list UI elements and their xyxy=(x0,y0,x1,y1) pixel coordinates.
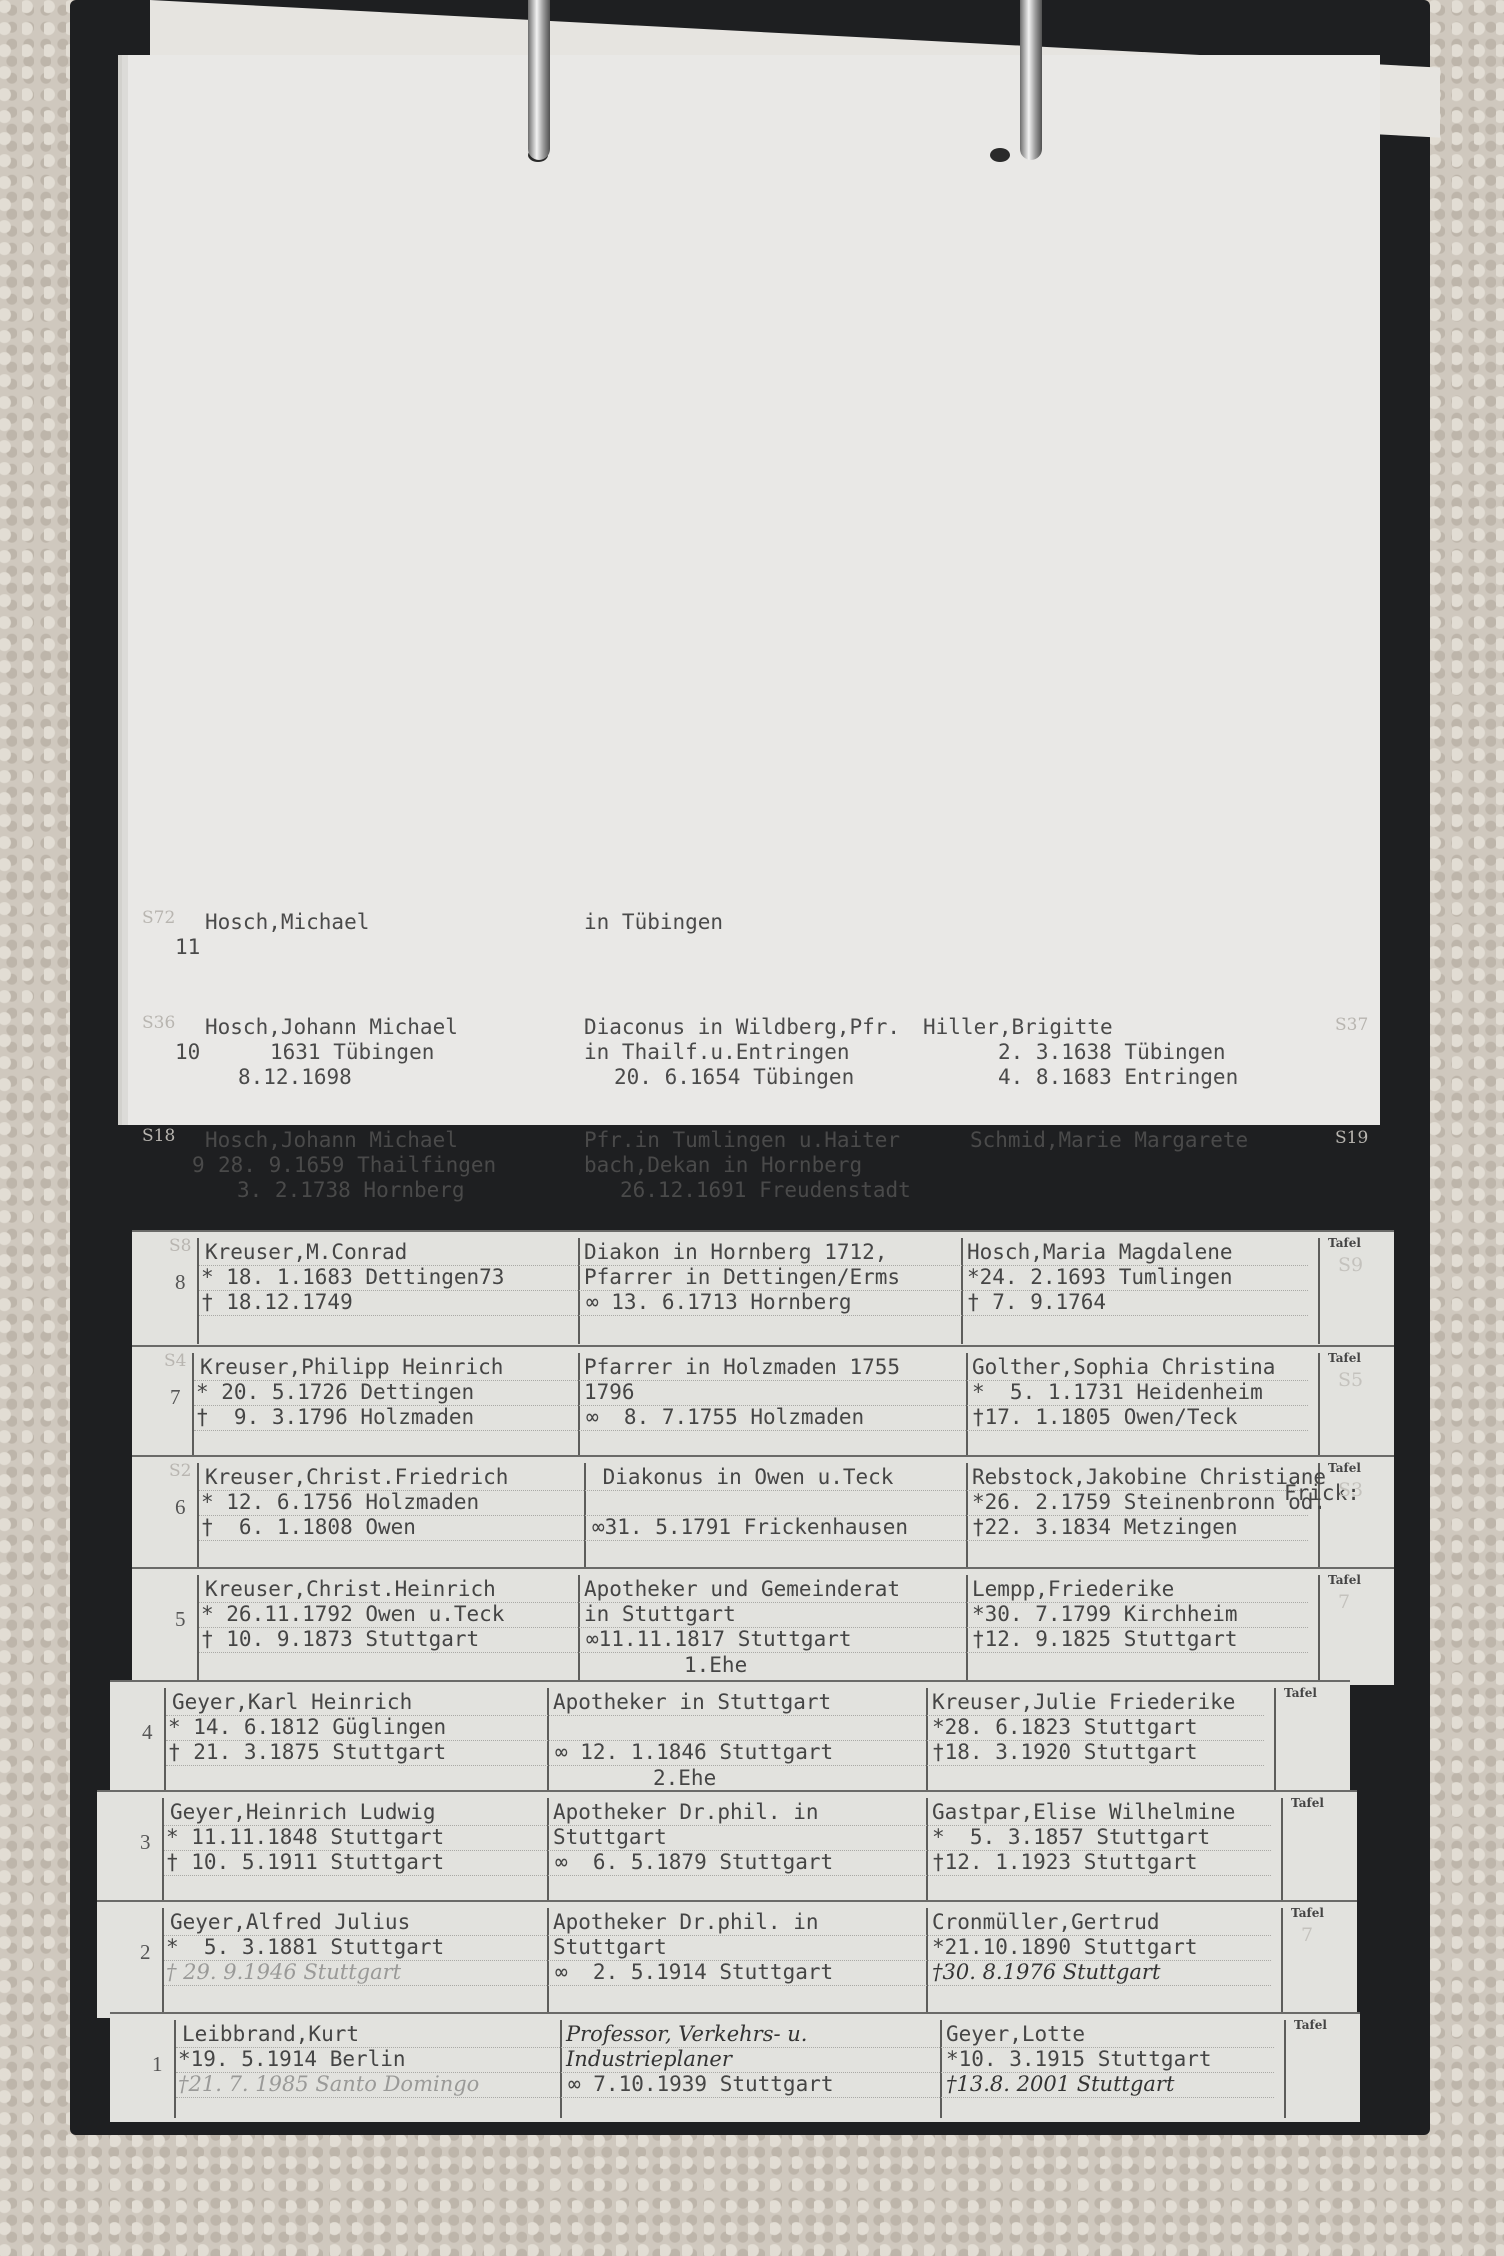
spouse-name: Schmid,Marie Margarete xyxy=(970,1128,1248,1153)
ancestor-card: 8S8Kreuser,M.Conrad* 18. 1.1683 Dettinge… xyxy=(132,1230,1394,1348)
spouse-name: Golther,Sophia Christina xyxy=(972,1355,1275,1380)
occupation-line: Apotheker in Stuttgart xyxy=(553,1690,831,1715)
tafel-label: Tafel xyxy=(1284,1686,1317,1700)
right-margin-ref: S37 xyxy=(1335,1015,1368,1035)
ancestor-name: Kreuser,Christ.Heinrich xyxy=(205,1577,496,1602)
column-divider xyxy=(1274,1688,1276,1794)
spouse-death: †30. 8.1976 Stuttgart xyxy=(932,1960,1160,1985)
marriage-date: 26.12.1691 Freudenstadt xyxy=(620,1178,911,1203)
tafel-label: Tafel xyxy=(1328,1461,1361,1475)
column-divider xyxy=(1284,2020,1286,2118)
occupation-line: Apotheker Dr.phil. in xyxy=(553,1910,819,1935)
column-divider xyxy=(162,1908,164,2014)
ancestor-name: Leibbrand,Kurt xyxy=(182,2022,359,2047)
ruled-line xyxy=(199,1540,1308,1541)
spouse-death: †12. 9.1825 Stuttgart xyxy=(972,1627,1238,1652)
death-date: † 29. 9.1946 Stuttgart xyxy=(166,1960,401,1985)
ancestor-name: Kreuser,M.Conrad xyxy=(205,1240,407,1265)
ancestor-name: Hosch,Johann Michael xyxy=(205,1015,458,1040)
spouse-death: †17. 1.1805 Owen/Teck xyxy=(972,1405,1238,1430)
binder-ring-left xyxy=(528,0,550,160)
column-divider xyxy=(547,1908,549,2014)
spouse-birth: *26. 2.1759 Steinenbronn od. xyxy=(972,1490,1326,1515)
death-date: 3. 2.1738 Hornberg xyxy=(237,1178,465,1203)
spouse-death: †13.8. 2001 Stuttgart xyxy=(946,2072,1174,2097)
generation-number: 3 xyxy=(140,1830,151,1855)
spouse-death: †22. 3.1834 Metzingen xyxy=(972,1515,1238,1540)
ancestor-name: Hosch,Johann Michael xyxy=(205,1128,458,1153)
ancestor-name: Geyer,Alfred Julius xyxy=(170,1910,410,1935)
tafel-ref: S5 xyxy=(1338,1369,1363,1391)
spouse-name: Geyer,Lotte xyxy=(946,2022,1085,2047)
spouse-birth: * 5. 3.1857 Stuttgart xyxy=(932,1825,1210,1850)
marriage-date: ∞31. 5.1791 Frickenhausen xyxy=(592,1515,908,1540)
ancestor-card: 2Geyer,Alfred Julius* 5. 3.1881 Stuttgar… xyxy=(97,1900,1357,2018)
column-divider xyxy=(547,1798,549,1904)
spouse-birth: 2. 3.1638 Tübingen xyxy=(998,1040,1226,1065)
spouse-name: Hiller,Brigitte xyxy=(923,1015,1113,1040)
marriage-note: 2.Ehe xyxy=(653,1766,716,1791)
ancestor-name: Hosch,Michael xyxy=(205,910,369,935)
tafel-ref: S3 xyxy=(1338,1479,1363,1501)
spouse-name: Hosch,Maria Magdalene xyxy=(967,1240,1233,1265)
occupation-line: Diaconus in Wildberg,Pfr. xyxy=(584,1015,900,1040)
ancestor-card: 6S2Kreuser,Christ.Friedrich* 12. 6.1756 … xyxy=(132,1455,1394,1573)
tafel-label: Tafel xyxy=(1328,1573,1361,1587)
ruled-line xyxy=(176,2097,1274,2098)
ancestor-card: 3Geyer,Heinrich Ludwig* 11.11.1848 Stutt… xyxy=(97,1790,1357,1908)
column-divider xyxy=(547,1688,549,1794)
birth-date: * 14. 6.1812 Güglingen xyxy=(168,1715,446,1740)
tafel-label: Tafel xyxy=(1294,2018,1327,2032)
birth-date: * 11.11.1848 Stuttgart xyxy=(166,1825,444,1850)
ancestor-card: 7S4Kreuser,Philipp Heinrich* 20. 5.1726 … xyxy=(132,1345,1394,1463)
tafel-label: Tafel xyxy=(1328,1351,1361,1365)
tafel-label: Tafel xyxy=(1291,1796,1324,1810)
spouse-birth: *28. 6.1823 Stuttgart xyxy=(932,1715,1198,1740)
marriage-date: ∞ 2. 5.1914 Stuttgart xyxy=(555,1960,833,1985)
birth-date: 1631 Tübingen xyxy=(270,1040,434,1065)
marriage-date: ∞ 7.10.1939 Stuttgart xyxy=(568,2072,834,2097)
ancestor-name: Geyer,Heinrich Ludwig xyxy=(170,1800,436,1825)
birth-date: * 20. 5.1726 Dettingen xyxy=(196,1380,474,1405)
spouse-name: Lempp,Friederike xyxy=(972,1577,1174,1602)
ruled-line xyxy=(194,1430,1308,1431)
birth-date: * 26.11.1792 Owen u.Teck xyxy=(201,1602,504,1627)
margin-ref: S4 xyxy=(164,1351,186,1371)
ancestor-card: 5Kreuser,Christ.Heinrich* 26.11.1792 Owe… xyxy=(132,1567,1394,1685)
column-divider xyxy=(578,1238,580,1344)
margin-ref: S36 xyxy=(142,1013,175,1033)
generation-number: 11 xyxy=(175,935,200,960)
death-date: † 6. 1.1808 Owen xyxy=(201,1515,416,1540)
column-divider xyxy=(174,2020,176,2118)
column-divider xyxy=(197,1463,199,1569)
spouse-death: †12. 1.1923 Stuttgart xyxy=(932,1850,1198,1875)
death-date: 8.12.1698 xyxy=(238,1065,352,1090)
ancestor-card: 4Geyer,Karl Heinrich* 14. 6.1812 Gügling… xyxy=(110,1680,1350,1798)
generation-number: 2 xyxy=(140,1940,151,1965)
spouse-birth: * 5. 1.1731 Heidenheim xyxy=(972,1380,1263,1405)
birth-date: * 18. 1.1683 Dettingen73 xyxy=(201,1265,504,1290)
column-divider xyxy=(1318,1575,1320,1681)
ruled-line xyxy=(164,1875,1271,1876)
column-divider xyxy=(1318,1238,1320,1344)
generation-number: 9 xyxy=(192,1153,205,1178)
margin-ref: S2 xyxy=(169,1461,191,1481)
occupation-line: Apotheker und Gemeinderat xyxy=(584,1577,900,1602)
occupation-line: Pfarrer in Holzmaden 1755 xyxy=(584,1355,900,1380)
column-divider xyxy=(197,1575,199,1681)
occupation-line: bach,Dekan in Hornberg xyxy=(584,1153,862,1178)
death-date: †21. 7. 1985 Santo Domingo xyxy=(178,2072,479,2097)
generation-number: 6 xyxy=(175,1495,186,1520)
column-divider xyxy=(1318,1353,1320,1459)
spouse-name: Rebstock,Jakobine Christiane xyxy=(972,1465,1326,1490)
ruled-line xyxy=(199,1652,1308,1653)
marriage-date: 20. 6.1654 Tübingen xyxy=(614,1065,854,1090)
marriage-date: ∞ 8. 7.1755 Holzmaden xyxy=(586,1405,864,1430)
birth-date: *19. 5.1914 Berlin xyxy=(178,2047,406,2072)
generation-number: 4 xyxy=(142,1720,153,1745)
occupation-line: Professor, Verkehrs- u. xyxy=(566,2022,807,2047)
column-divider xyxy=(966,1353,968,1459)
occupation-line: Diakon in Hornberg 1712, xyxy=(584,1240,887,1265)
binder-ring-right xyxy=(1020,0,1042,160)
column-divider xyxy=(1281,1908,1283,2014)
column-divider xyxy=(926,1908,928,2014)
generation-number: 10 xyxy=(175,1040,200,1065)
occupation-line: in Stuttgart xyxy=(584,1602,736,1627)
tafel-ref: 7 xyxy=(1301,1924,1313,1946)
spouse-name: Gastpar,Elise Wilhelmine xyxy=(932,1800,1235,1825)
death-date: † 18.12.1749 xyxy=(201,1290,353,1315)
marriage-date: ∞11.11.1817 Stuttgart xyxy=(586,1627,852,1652)
spouse-birth: *24. 2.1693 Tumlingen xyxy=(967,1265,1233,1290)
occupation-line: Stuttgart xyxy=(553,1825,667,1850)
ancestor-name: Kreuser,Philipp Heinrich xyxy=(200,1355,503,1380)
spouse-name: Kreuser,Julie Friederike xyxy=(932,1690,1235,1715)
ruled-line xyxy=(164,1985,1271,1986)
column-divider xyxy=(940,2020,942,2118)
ancestor-name: Geyer,Karl Heinrich xyxy=(172,1690,412,1715)
spouse-death: †18. 3.1920 Stuttgart xyxy=(932,1740,1198,1765)
occupation-line: in Thailf.u.Entringen xyxy=(584,1040,850,1065)
occupation-line: in Tübingen xyxy=(584,910,723,935)
margin-ref: S8 xyxy=(169,1236,191,1256)
ancestor-name: Kreuser,Christ.Friedrich xyxy=(205,1465,508,1490)
marriage-date: ∞ 13. 6.1713 Hornberg xyxy=(586,1290,852,1315)
marriage-date: ∞ 6. 5.1879 Stuttgart xyxy=(555,1850,833,1875)
generation-number: 1 xyxy=(152,2052,163,2077)
column-divider xyxy=(164,1688,166,1794)
death-date: † 10. 5.1911 Stuttgart xyxy=(166,1850,444,1875)
tafel-ref: S9 xyxy=(1338,1254,1363,1276)
column-divider xyxy=(1281,1798,1283,1904)
column-divider xyxy=(961,1238,963,1344)
tafel-label: Tafel xyxy=(1291,1906,1324,1920)
tafel-label: Tafel xyxy=(1328,1236,1361,1250)
ruled-line xyxy=(199,1315,1308,1316)
paper-stack xyxy=(128,55,1380,1125)
column-divider xyxy=(560,2020,562,2118)
spouse-birth: *10. 3.1915 Stuttgart xyxy=(946,2047,1212,2072)
occupation-line: 1796 xyxy=(584,1380,635,1405)
punch-hole xyxy=(990,148,1010,162)
spouse-birth: *21.10.1890 Stuttgart xyxy=(932,1935,1198,1960)
margin-ref: S18 xyxy=(142,1126,175,1146)
column-divider xyxy=(966,1575,968,1681)
spouse-death: † 7. 9.1764 xyxy=(967,1290,1106,1315)
spouse-death: 4. 8.1683 Entringen xyxy=(998,1065,1238,1090)
occupation-line: Industrieplaner xyxy=(566,2047,732,2072)
margin-ref: S72 xyxy=(142,908,175,928)
generation-number: 8 xyxy=(175,1270,186,1295)
column-divider xyxy=(578,1575,580,1681)
ancestor-card: 1Leibbrand,Kurt*19. 5.1914 Berlin†21. 7.… xyxy=(110,2012,1360,2122)
generation-number: 7 xyxy=(170,1385,181,1410)
marriage-date: ∞ 12. 1.1846 Stuttgart xyxy=(555,1740,833,1765)
column-divider xyxy=(926,1798,928,1904)
occupation-line: Pfr.in Tumlingen u.Haiter xyxy=(584,1128,900,1153)
death-date: † 9. 3.1796 Holzmaden xyxy=(196,1405,474,1430)
spouse-birth: *30. 7.1799 Kirchheim xyxy=(972,1602,1238,1627)
column-divider xyxy=(192,1353,194,1459)
death-date: † 21. 3.1875 Stuttgart xyxy=(168,1740,446,1765)
death-date: † 10. 9.1873 Stuttgart xyxy=(201,1627,479,1652)
occupation-line: Pfarrer in Dettingen/Erms xyxy=(584,1265,900,1290)
birth-date: * 12. 6.1756 Holzmaden xyxy=(201,1490,479,1515)
column-divider xyxy=(966,1463,968,1569)
occupation-line: Stuttgart xyxy=(553,1935,667,1960)
column-divider xyxy=(197,1238,199,1344)
column-divider xyxy=(162,1798,164,1904)
column-divider xyxy=(926,1688,928,1794)
column-divider xyxy=(578,1353,580,1459)
marriage-note: 1.Ehe xyxy=(684,1653,747,1678)
occupation-line: Diakonus in Owen u.Teck xyxy=(590,1465,893,1490)
occupation-line: Apotheker Dr.phil. in xyxy=(553,1800,819,1825)
tafel-ref: 7 xyxy=(1338,1591,1350,1613)
birth-date: * 5. 3.1881 Stuttgart xyxy=(166,1935,444,1960)
column-divider xyxy=(584,1463,586,1569)
birth-date: 28. 9.1659 Thailfingen xyxy=(218,1153,496,1178)
spouse-name: Cronmüller,Gertrud xyxy=(932,1910,1160,1935)
generation-number: 5 xyxy=(175,1607,186,1632)
right-margin-ref: S19 xyxy=(1335,1128,1368,1148)
